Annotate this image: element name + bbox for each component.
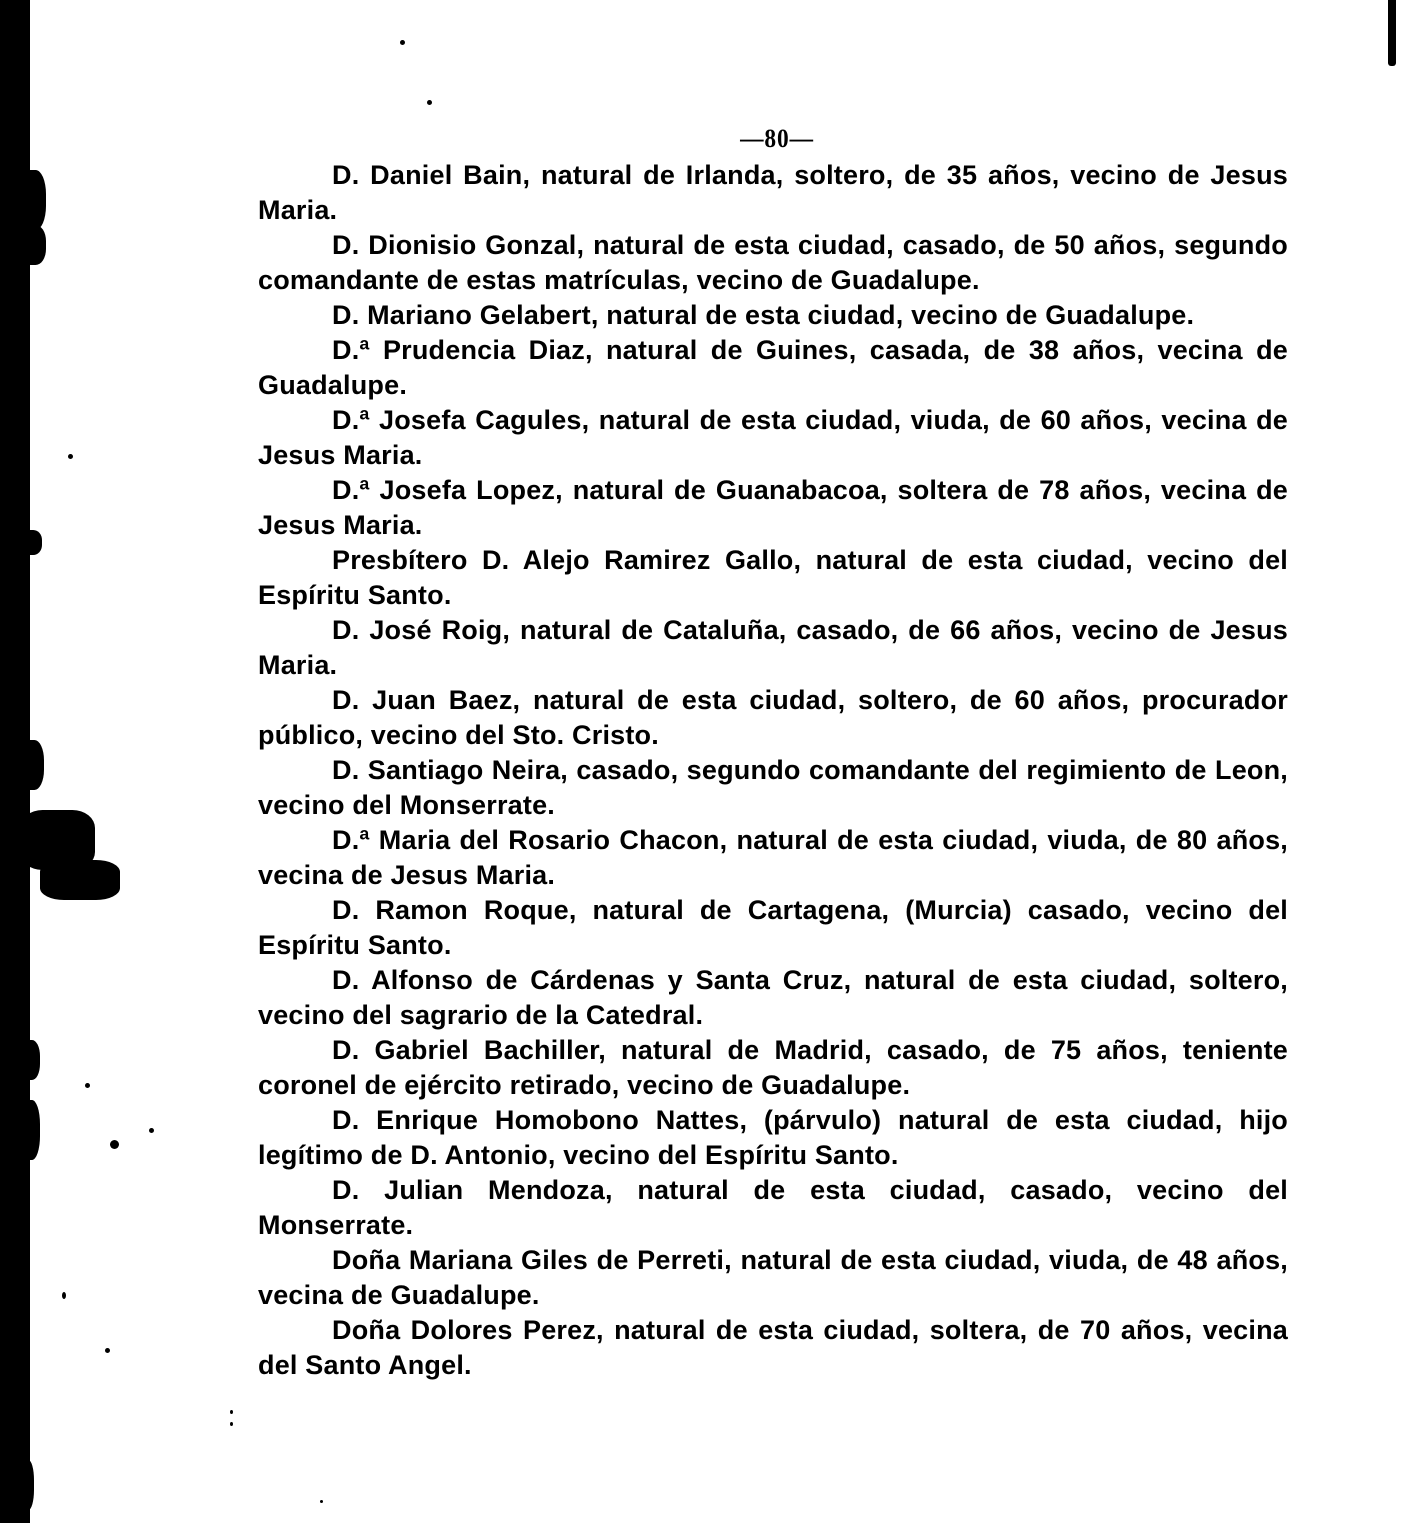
scan-edge-blot: [20, 530, 42, 555]
scan-speck: [230, 1410, 233, 1414]
scan-speck: [110, 1140, 119, 1149]
scan-speck: [320, 1500, 323, 1503]
scan-speck: [105, 1348, 110, 1353]
scan-speck: [400, 40, 405, 45]
entry-7: Presbítero D. Alejo Ramirez Gallo, natur…: [258, 543, 1288, 613]
scan-speck: [68, 454, 73, 459]
entry-6: D.ª Josefa Lopez, natural de Guanabacoa,…: [258, 473, 1288, 543]
scan-right-edge-mark: [1388, 0, 1396, 66]
entry-5: D.ª Josefa Cagules, natural de esta ciud…: [258, 403, 1288, 473]
scan-speck: [149, 1128, 154, 1133]
entry-1: D. Daniel Bain, natural de Irlanda, solt…: [258, 158, 1288, 228]
entry-18: Doña Dolores Perez, natural de esta ciud…: [258, 1313, 1288, 1383]
document-page: —80— D. Daniel Bain, natural de Irlanda,…: [258, 122, 1288, 1383]
scan-edge-blot: [20, 1460, 34, 1510]
scan-edge-blot: [20, 1100, 40, 1160]
scan-edge-blot: [20, 225, 46, 265]
entry-8: D. José Roig, natural de Cataluña, casad…: [258, 613, 1288, 683]
entry-15: D. Enrique Homobono Nattes, (párvulo) na…: [258, 1103, 1288, 1173]
scan-speck: [62, 1292, 66, 1299]
entry-4: D.ª Prudencia Diaz, natural de Guines, c…: [258, 333, 1288, 403]
scan-edge-blot: [40, 860, 120, 900]
scan-edge-blot: [20, 1040, 40, 1080]
entry-11: D.ª Maria del Rosario Chacon, natural de…: [258, 823, 1288, 893]
entry-10: D. Santiago Neira, casado, segundo coman…: [258, 753, 1288, 823]
scan-speck: [230, 1422, 233, 1426]
scan-edge-blot: [20, 170, 46, 230]
scan-speck: [85, 1083, 90, 1088]
entry-16: D. Julian Mendoza, natural de esta ciuda…: [258, 1173, 1288, 1243]
entry-12: D. Ramon Roque, natural de Cartagena, (M…: [258, 893, 1288, 963]
entry-14: D. Gabriel Bachiller, natural de Madrid,…: [258, 1033, 1288, 1103]
entry-13: D. Alfonso de Cárdenas y Santa Cruz, nat…: [258, 963, 1288, 1033]
scan-edge-blot: [20, 740, 44, 790]
entry-17: Doña Mariana Giles de Perreti, natural d…: [258, 1243, 1288, 1313]
entry-2: D. Dionisio Gonzal, natural de esta ciud…: [258, 228, 1288, 298]
scan-speck: [427, 100, 432, 105]
entry-3: D. Mariano Gelabert, natural de esta ciu…: [258, 298, 1288, 333]
page-number: —80—: [317, 122, 1237, 156]
entry-9: D. Juan Baez, natural de esta ciudad, so…: [258, 683, 1288, 753]
